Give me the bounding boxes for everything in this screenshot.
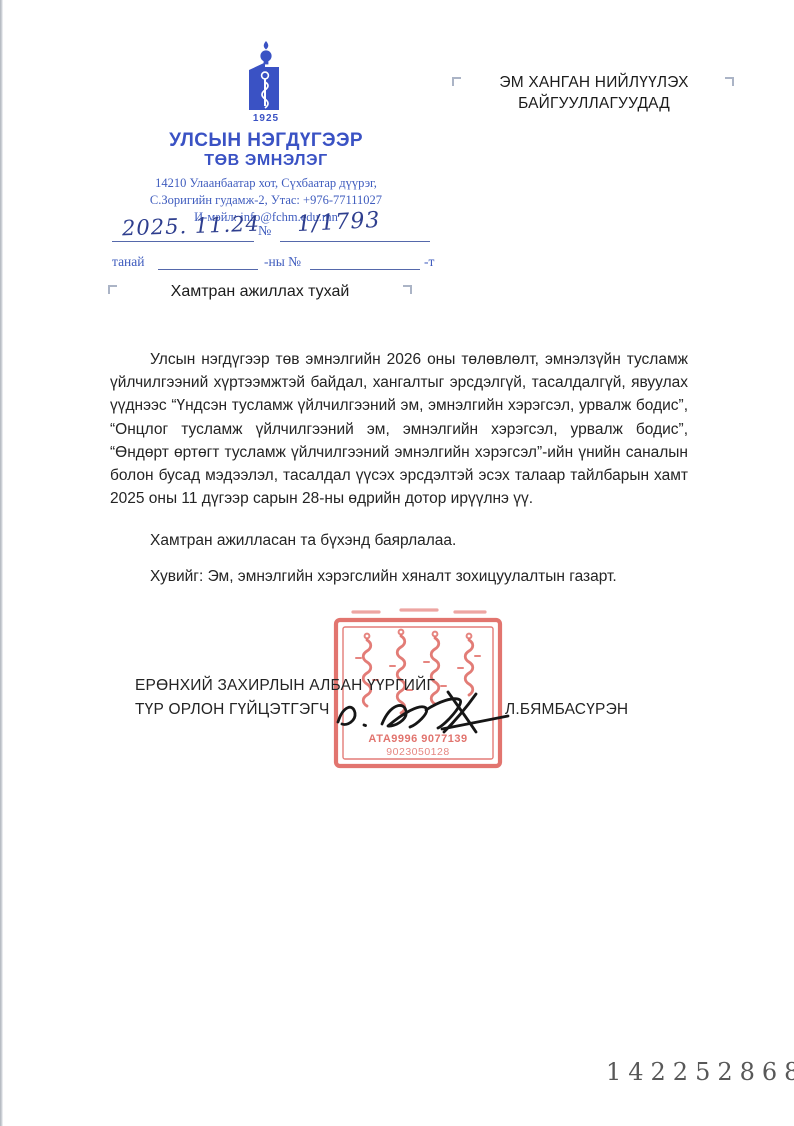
handwritten-date: 2025. 11.24 xyxy=(122,212,261,241)
address-line2: С.Зоригийн гудамж-2, Утас: +976-77111027 xyxy=(110,192,422,209)
stamped-document-number: 142252868 xyxy=(606,1058,794,1086)
date-underline xyxy=(112,241,254,242)
stamp-code-line2: 9023050128 xyxy=(386,746,449,758)
handwritten-ref-number: 1/1793 xyxy=(296,208,381,237)
fold-corner-mark xyxy=(108,285,117,294)
recipient-ref-row: танай -ны № -т xyxy=(112,254,442,274)
org-name-line1: УЛСЫН НЭГДҮГЭЭР xyxy=(110,130,422,152)
scanned-letter-page: 1925 УЛСЫН НЭГДҮГЭЭР ТӨВ ЭМНЭЛЭГ 14210 У… xyxy=(0,0,794,1126)
scan-edge-artifact xyxy=(0,0,3,1126)
addressee-line1: ЭМ ХАНГАН НИЙЛҮҮЛЭХ xyxy=(452,72,736,93)
hospital-emblem-icon xyxy=(237,40,295,112)
subject-title: Хамтран ажиллах тухай xyxy=(171,283,350,300)
subject-block: Хамтран ажиллах тухай xyxy=(108,283,412,301)
number-underline xyxy=(280,241,430,242)
recipient-suffix-label: -т xyxy=(424,254,434,270)
body-paragraph-3: Хувийг: Эм, эмнэлгийн хэрэгслийн хяналт … xyxy=(110,565,688,588)
reference-area: 2025. 11.24 № 1/1793 танай -ны № -т xyxy=(112,214,442,274)
body-paragraph-1: Улсын нэгдүгээр төв эмнэлгийн 2026 оны т… xyxy=(110,348,688,510)
signature-scrawl-icon xyxy=(322,676,522,740)
body-paragraph-2: Хамтран ажилласан та бүхэнд баярлалаа. xyxy=(110,529,688,552)
founded-year: 1925 xyxy=(110,113,422,124)
fold-corner-mark xyxy=(725,77,734,86)
recipient-blank-2 xyxy=(310,269,420,270)
addressee-block: ЭМ ХАНГАН НИЙЛҮҮЛЭХ БАЙГУУЛЛАГУУДАД xyxy=(452,72,736,114)
letterhead: 1925 УЛСЫН НЭГДҮГЭЭР ТӨВ ЭМНЭЛЭГ 14210 У… xyxy=(110,40,422,226)
date-number-row: 2025. 11.24 № 1/1793 xyxy=(112,214,442,248)
address-line1: 14210 Улаанбаатар хот, Сүхбаатар дүүрэг, xyxy=(110,175,422,192)
fold-corner-mark xyxy=(403,285,412,294)
fold-corner-mark xyxy=(452,77,461,86)
recipient-mid-label: -ны № xyxy=(264,254,301,270)
number-sign-label: № xyxy=(258,224,271,240)
recipient-prefix-label: танай xyxy=(112,254,145,270)
recipient-blank-1 xyxy=(158,269,258,270)
addressee-line2: БАЙГУУЛЛАГУУДАД xyxy=(452,93,736,114)
signer-name: Л.БЯМБАСҮРЭН xyxy=(505,698,628,722)
org-name-line2: ТӨВ ЭМНЭЛЭГ xyxy=(110,152,422,170)
